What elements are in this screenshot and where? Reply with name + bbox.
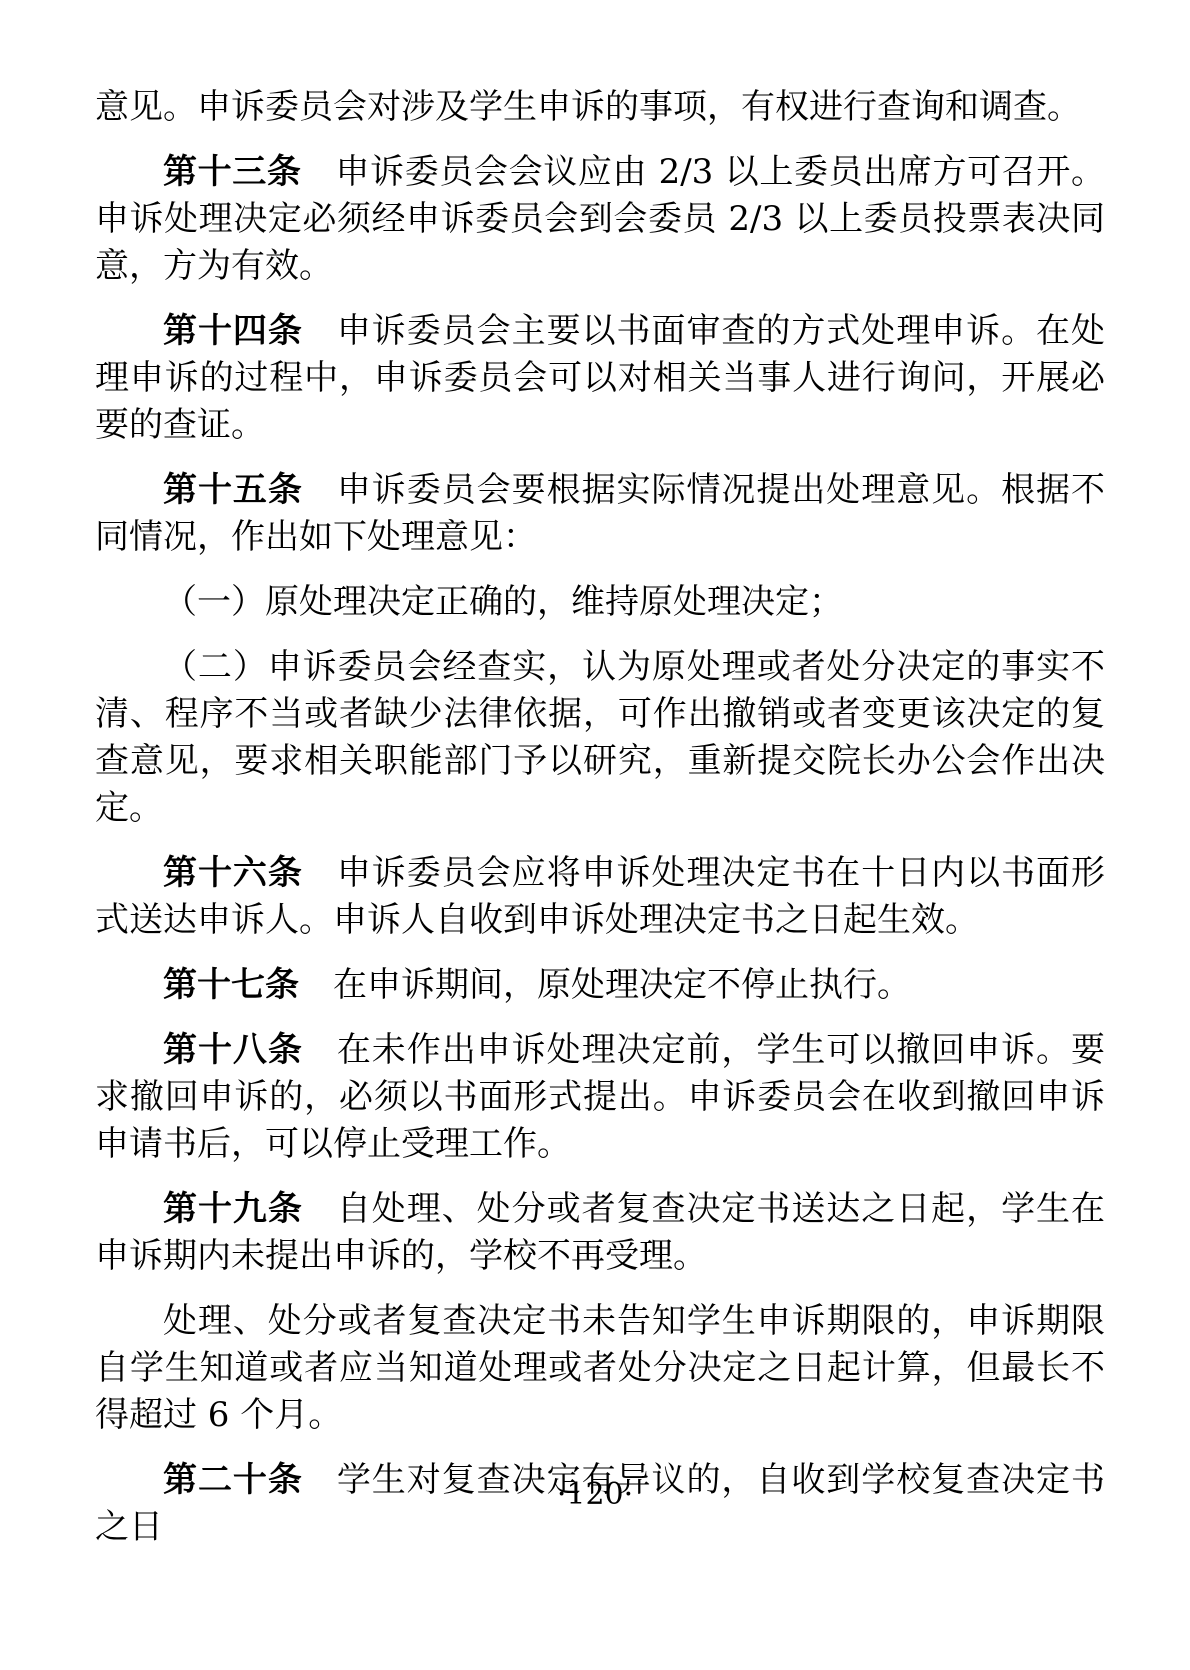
article-16: 第十六条申诉委员会应将申诉处理决定书在十日内以书面形式送达申诉人。申诉人自收到申… (95, 850, 1105, 944)
paragraph-text: 处理、处分或者复查决定书未告知学生申诉期限的，申诉期限自学生知道或者应当知道处理… (95, 1301, 1105, 1435)
paragraph-text: （一）原处理决定正确的，维持原处理决定； (163, 582, 843, 622)
article-14: 第十四条申诉委员会主要以书面审查的方式处理申诉。在处理申诉的过程中，申诉委员会可… (95, 308, 1105, 449)
article-head: 第十五条 (163, 470, 303, 510)
article-13: 第十三条申诉委员会会议应由 2/3 以上委员出席方可召开。申诉处理决定必须经申诉… (95, 149, 1105, 290)
article-head: 第十四条 (163, 311, 303, 351)
document-body: 意见。申诉委员会对涉及学生申诉的事项，有权进行查询和调查。 第十三条申诉委员会会… (95, 84, 1105, 1551)
article-head: 第十三条 (163, 152, 302, 192)
paragraph-text: 在申诉期间，原处理决定不停止执行。 (333, 965, 911, 1005)
article-19-paragraph-2: 处理、处分或者复查决定书未告知学生申诉期限的，申诉期限自学生知道或者应当知道处理… (95, 1298, 1105, 1439)
paragraph-text: 意见。申诉委员会对涉及学生申诉的事项，有权进行查询和调查。 (95, 87, 1081, 127)
document-page: 意见。申诉委员会对涉及学生申诉的事项，有权进行查询和调查。 第十三条申诉委员会会… (0, 0, 1190, 1670)
paragraph-text: （二）申诉委员会经查实，认为原处理或者处分决定的事实不清、程序不当或者缺少法律依… (95, 647, 1105, 828)
article-head: 第十九条 (163, 1189, 303, 1229)
continuation-paragraph: 意见。申诉委员会对涉及学生申诉的事项，有权进行查询和调查。 (95, 84, 1105, 131)
article-19: 第十九条自处理、处分或者复查决定书送达之日起，学生在申诉期内未提出申诉的，学校不… (95, 1186, 1105, 1280)
article-head: 第十六条 (163, 853, 303, 893)
article-15-item-2: （二）申诉委员会经查实，认为原处理或者处分决定的事实不清、程序不当或者缺少法律依… (95, 644, 1105, 832)
article-15: 第十五条申诉委员会要根据实际情况提出处理意见。根据不同情况，作出如下处理意见： (95, 467, 1105, 561)
article-head: 第十八条 (163, 1030, 303, 1070)
article-17: 第十七条在申诉期间，原处理决定不停止执行。 (95, 962, 1105, 1009)
article-head: 第十七条 (163, 965, 299, 1005)
page-number: ·120· (557, 1477, 633, 1512)
article-18: 第十八条在未作出申诉处理决定前，学生可以撤回申诉。要求撤回申诉的，必须以书面形式… (95, 1027, 1105, 1168)
article-15-item-1: （一）原处理决定正确的，维持原处理决定； (95, 579, 1105, 626)
page-footer: ·120· (0, 1477, 1190, 1512)
